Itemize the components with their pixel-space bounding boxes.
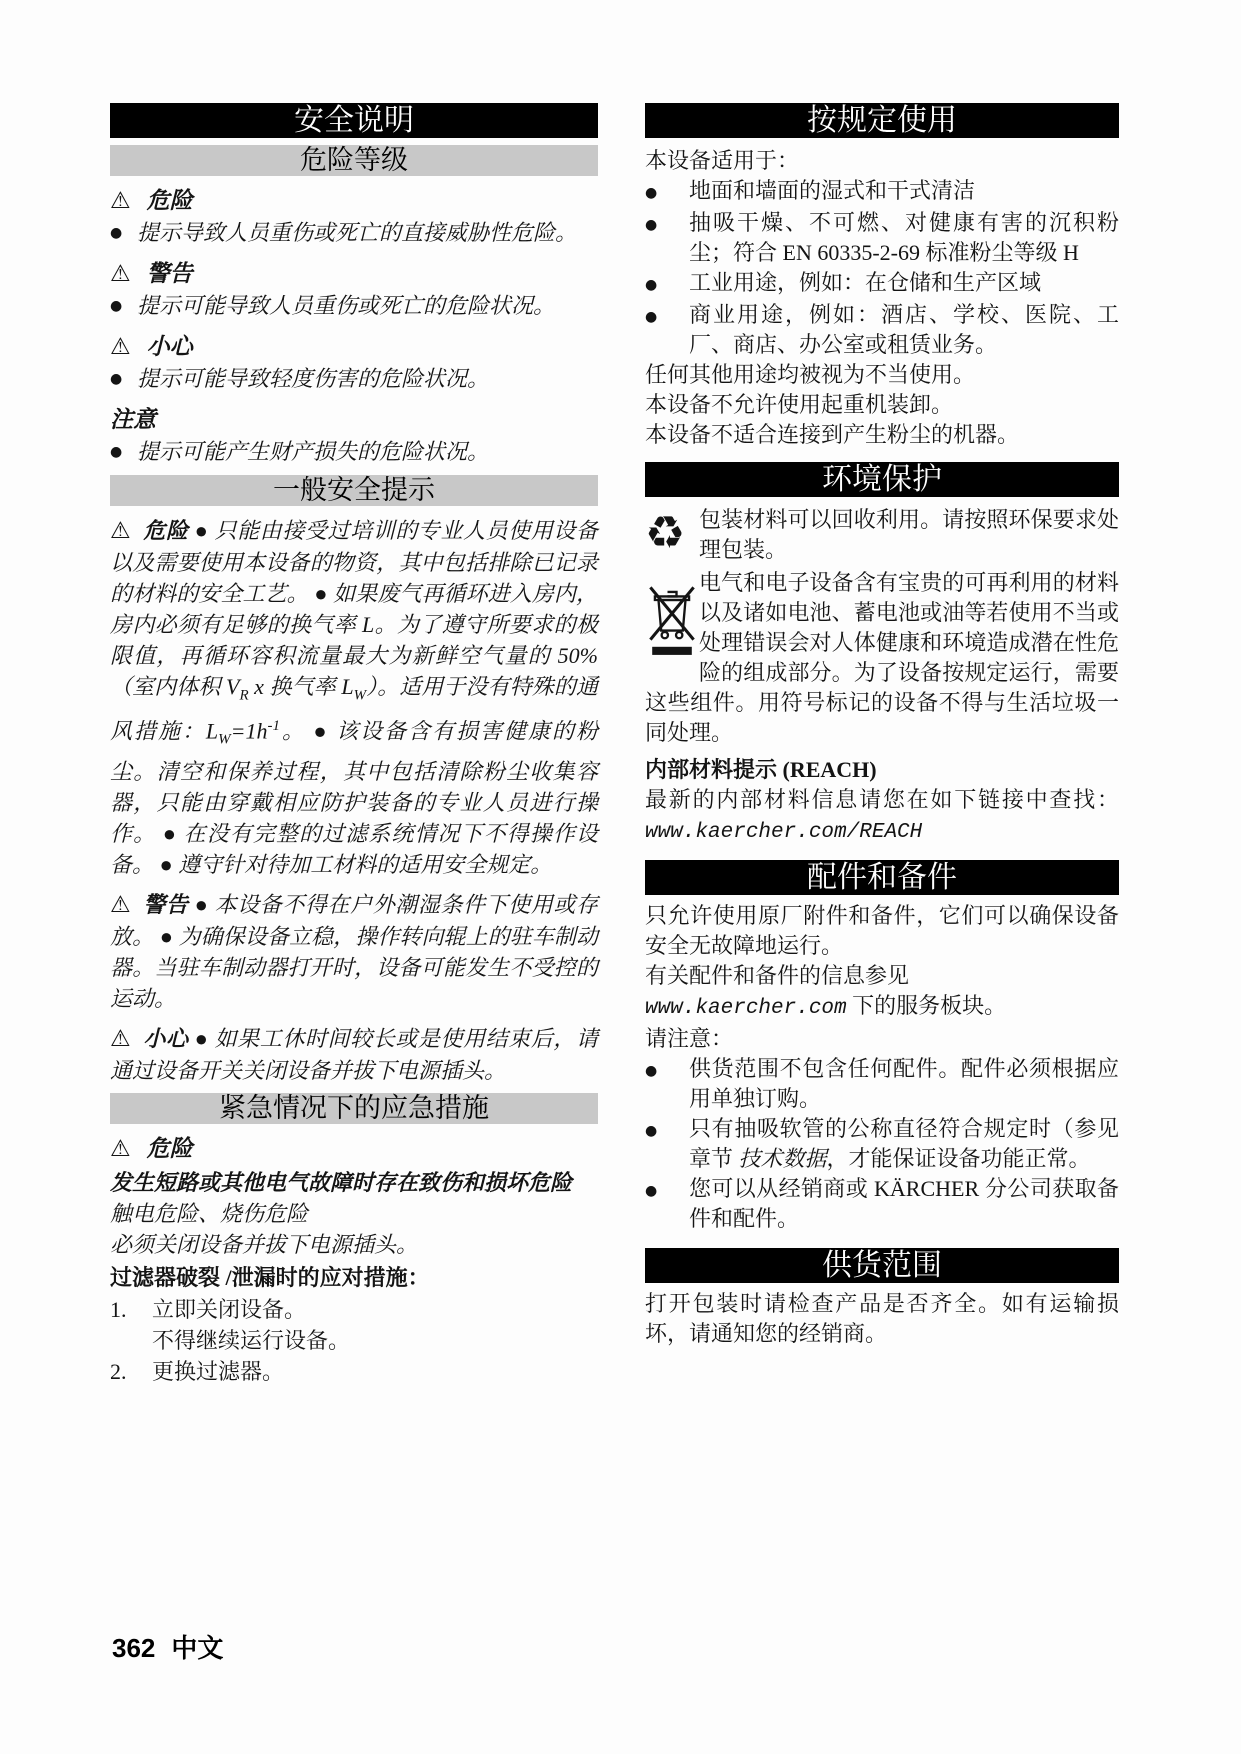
use-item-text: 地面和墙面的湿式和干式清洁 <box>689 176 1119 208</box>
environment-recycle-paragraph: ♻ 包装材料可以回收利用。请按照环保要求处理包装。 <box>645 505 1119 565</box>
footer-language: 中文 <box>171 1633 223 1663</box>
bullet-icon: ● <box>110 217 137 249</box>
manual-page: 安全说明 危险等级 ⚠ 危险 ● 提示导致人员重伤或死亡的直接威胁性危险。 ⚠ … <box>0 0 1241 1754</box>
use-list-item: ● 商业用途，例如：酒店、学校、医院、工厂、商店、办公室或租赁业务。 <box>645 300 1119 360</box>
bullet-icon: ● <box>645 176 689 208</box>
bullet-icon: ● <box>645 1114 689 1174</box>
weee-text: 电气和电子设备含有宝贵的可再利用的材料以及诸如电池、蓄电池或油等若使用不当或处理… <box>645 570 1119 745</box>
page-footer: 362中文 <box>112 1628 223 1665</box>
reach-text: 最新的内部材料信息请您在如下链接中查找：www.kaercher.com/REA… <box>645 785 1119 848</box>
danger-level-warning: ⚠ 警告 ● 提示可能导致人员重伤或死亡的危险状况。 <box>110 258 598 322</box>
use-list-item: ● 抽吸干燥、不可燃、对健康有害的沉积粉尘；符合 EN 60335-2-69 标… <box>645 208 1119 268</box>
accessories-item-text: 您可以从经销商或 KÄRCHER 分公司获取备件和配件。 <box>689 1174 1119 1234</box>
bullet-icon: ● <box>645 208 689 268</box>
environment-weee-paragraph: 电气和电子设备含有宝贵的可再利用的材料以及诸如电池、蓄电池或油等若使用不当或处理… <box>645 568 1119 748</box>
bullet-icon: ● <box>645 268 689 300</box>
use-list-item: ● 工业用途，例如：在仓储和生产区域 <box>645 268 1119 300</box>
accessories-paragraph: 只允许使用原厂附件和备件，它们可以确保设备安全无故障地运行。 <box>645 901 1119 961</box>
level-title: 警告 <box>147 258 193 290</box>
warning-triangle-icon: ⚠ <box>110 258 131 290</box>
reach-title: 内部材料提示 (REACH) <box>645 754 1119 785</box>
emergency-hazard-title: 发生短路或其他电气故障时存在致伤和损坏危险 <box>110 1167 598 1198</box>
subsection-header-general-safety: 一般安全提示 <box>110 475 598 506</box>
level-description: 提示可能导致轻度伤害的危险状况。 <box>137 363 598 395</box>
bullet-icon: ● <box>110 363 137 395</box>
use-item-text: 工业用途，例如：在仓储和生产区域 <box>689 268 1119 300</box>
danger-level-notice: 注意 ● 提示可能产生财产损失的危险状况。 <box>110 404 598 468</box>
step-number <box>110 1325 152 1356</box>
use-item-text: 抽吸干燥、不可燃、对健康有害的沉积粉尘；符合 EN 60335-2-69 标准粉… <box>689 208 1119 268</box>
step-text: 立即关闭设备。 <box>152 1294 598 1325</box>
use-item-text: 商业用途，例如：酒店、学校、医院、工厂、商店、办公室或租赁业务。 <box>689 300 1119 360</box>
section-header-environment: 环境保护 <box>645 462 1119 497</box>
accessories-list-item: ● 只有抽吸软管的公称直径符合规定时（参见章节 技术数据，才能保证设备功能正常。 <box>645 1114 1119 1174</box>
level-description: 提示导致人员重伤或死亡的直接威胁性危险。 <box>137 217 598 249</box>
section-header-scope-of-delivery: 供货范围 <box>645 1248 1119 1283</box>
bullet-icon: ● <box>645 1054 689 1114</box>
accessories-item-text: 供货范围不包含任何配件。配件必须根据应用单独订购。 <box>689 1054 1119 1114</box>
general-safety-paragraph-warning: ⚠ 警告 ● 本设备不得在户外潮湿条件下使用或存放。 ● 为确保设备立稳，操作转… <box>110 889 598 1014</box>
page-number: 362 <box>112 1633 155 1663</box>
emergency-hazard-line: 必须关闭设备并拔下电源插头。 <box>110 1229 598 1260</box>
warning-triangle-icon: ⚠ <box>110 1133 131 1165</box>
level-description: 提示可能产生财产损失的危险状况。 <box>137 436 598 468</box>
use-list-item: ● 地面和墙面的湿式和干式清洁 <box>645 176 1119 208</box>
danger-level-danger: ⚠ 危险 ● 提示导致人员重伤或死亡的直接威胁性危险。 <box>110 185 598 249</box>
warning-triangle-icon: ⚠ <box>110 331 131 363</box>
section-header-accessories: 配件和备件 <box>645 860 1119 895</box>
weee-crossed-bin-icon <box>645 568 699 664</box>
subsection-header-danger-levels: 危险等级 <box>110 145 598 176</box>
use-note: 本设备不适合连接到产生粉尘的机器。 <box>645 420 1119 450</box>
step-text: 不得继续运行设备。 <box>152 1325 598 1356</box>
intended-use-intro: 本设备适用于： <box>645 146 1119 176</box>
step-text: 更换过滤器。 <box>152 1356 598 1387</box>
use-note: 本设备不允许使用起重机装卸。 <box>645 390 1119 420</box>
accessories-list-item: ● 供货范围不包含任何配件。配件必须根据应用单独订购。 <box>645 1054 1119 1114</box>
step-row: 不得继续运行设备。 <box>110 1325 598 1356</box>
recycle-icon: ♻ <box>645 505 699 565</box>
level-title: 危险 <box>147 185 193 217</box>
left-column: 安全说明 危险等级 ⚠ 危险 ● 提示导致人员重伤或死亡的直接威胁性危险。 ⚠ … <box>110 103 598 1387</box>
level-title: 注意 <box>110 404 156 436</box>
step-number: 2. <box>110 1356 152 1387</box>
section-header-safety-notes: 安全说明 <box>110 103 598 138</box>
emergency-hazard-line: 触电危险、烧伤危险 <box>110 1198 598 1229</box>
step-number: 1. <box>110 1294 152 1325</box>
section-header-intended-use: 按规定使用 <box>645 103 1119 138</box>
emergency-steps: 1. 立即关闭设备。 不得继续运行设备。 2. 更换过滤器。 <box>110 1294 598 1387</box>
warning-triangle-icon: ⚠ <box>110 185 131 217</box>
scope-of-delivery-text: 打开包装时请检查产品是否齐全。如有运输损坏，请通知您的经销商。 <box>645 1289 1119 1349</box>
bullet-icon: ● <box>645 300 689 360</box>
step-row: 2. 更换过滤器。 <box>110 1356 598 1387</box>
accessories-item-text: 只有抽吸软管的公称直径符合规定时（参见章节 技术数据，才能保证设备功能正常。 <box>689 1114 1119 1174</box>
general-safety-paragraph-danger: ⚠ 危险 ● 只能由接受过培训的专业人员使用设备以及需要使用本设备的物资，其中包… <box>110 515 598 880</box>
bullet-icon: ● <box>645 1174 689 1234</box>
accessories-info-paragraph: 有关配件和备件的信息参见www.kaercher.com 下的服务板块。 <box>645 961 1119 1024</box>
recycle-text: 包装材料可以回收利用。请按照环保要求处理包装。 <box>699 507 1119 562</box>
level-description: 提示可能导致人员重伤或死亡的危险状况。 <box>137 290 598 322</box>
emergency-label: 危险 <box>147 1133 193 1165</box>
step-row: 1. 立即关闭设备。 <box>110 1294 598 1325</box>
emergency-measures-title: 过滤器破裂 /泄漏时的应对措施： <box>110 1262 598 1294</box>
danger-level-caution: ⚠ 小心 ● 提示可能导致轻度伤害的危险状况。 <box>110 331 598 395</box>
bullet-icon: ● <box>110 290 137 322</box>
use-note: 任何其他用途均被视为不当使用。 <box>645 360 1119 390</box>
emergency-block: ⚠ 危险 发生短路或其他电气故障时存在致伤和损坏危险 触电危险、烧伤危险 必须关… <box>110 1133 598 1387</box>
accessories-list-item: ● 您可以从经销商或 KÄRCHER 分公司获取备件和配件。 <box>645 1174 1119 1234</box>
level-title: 小心 <box>147 331 193 363</box>
general-safety-paragraph-caution: ⚠ 小心 ● 如果工休时间较长或是使用结束后，请通过设备开关关闭设备并拔下电源插… <box>110 1023 598 1086</box>
subsection-header-emergency: 紧急情况下的应急措施 <box>110 1093 598 1124</box>
right-column: 按规定使用 本设备适用于： ● 地面和墙面的湿式和干式清洁 ● 抽吸干燥、不可燃… <box>645 103 1119 1349</box>
bullet-icon: ● <box>110 436 137 468</box>
accessories-note-label: 请注意： <box>645 1024 1119 1054</box>
